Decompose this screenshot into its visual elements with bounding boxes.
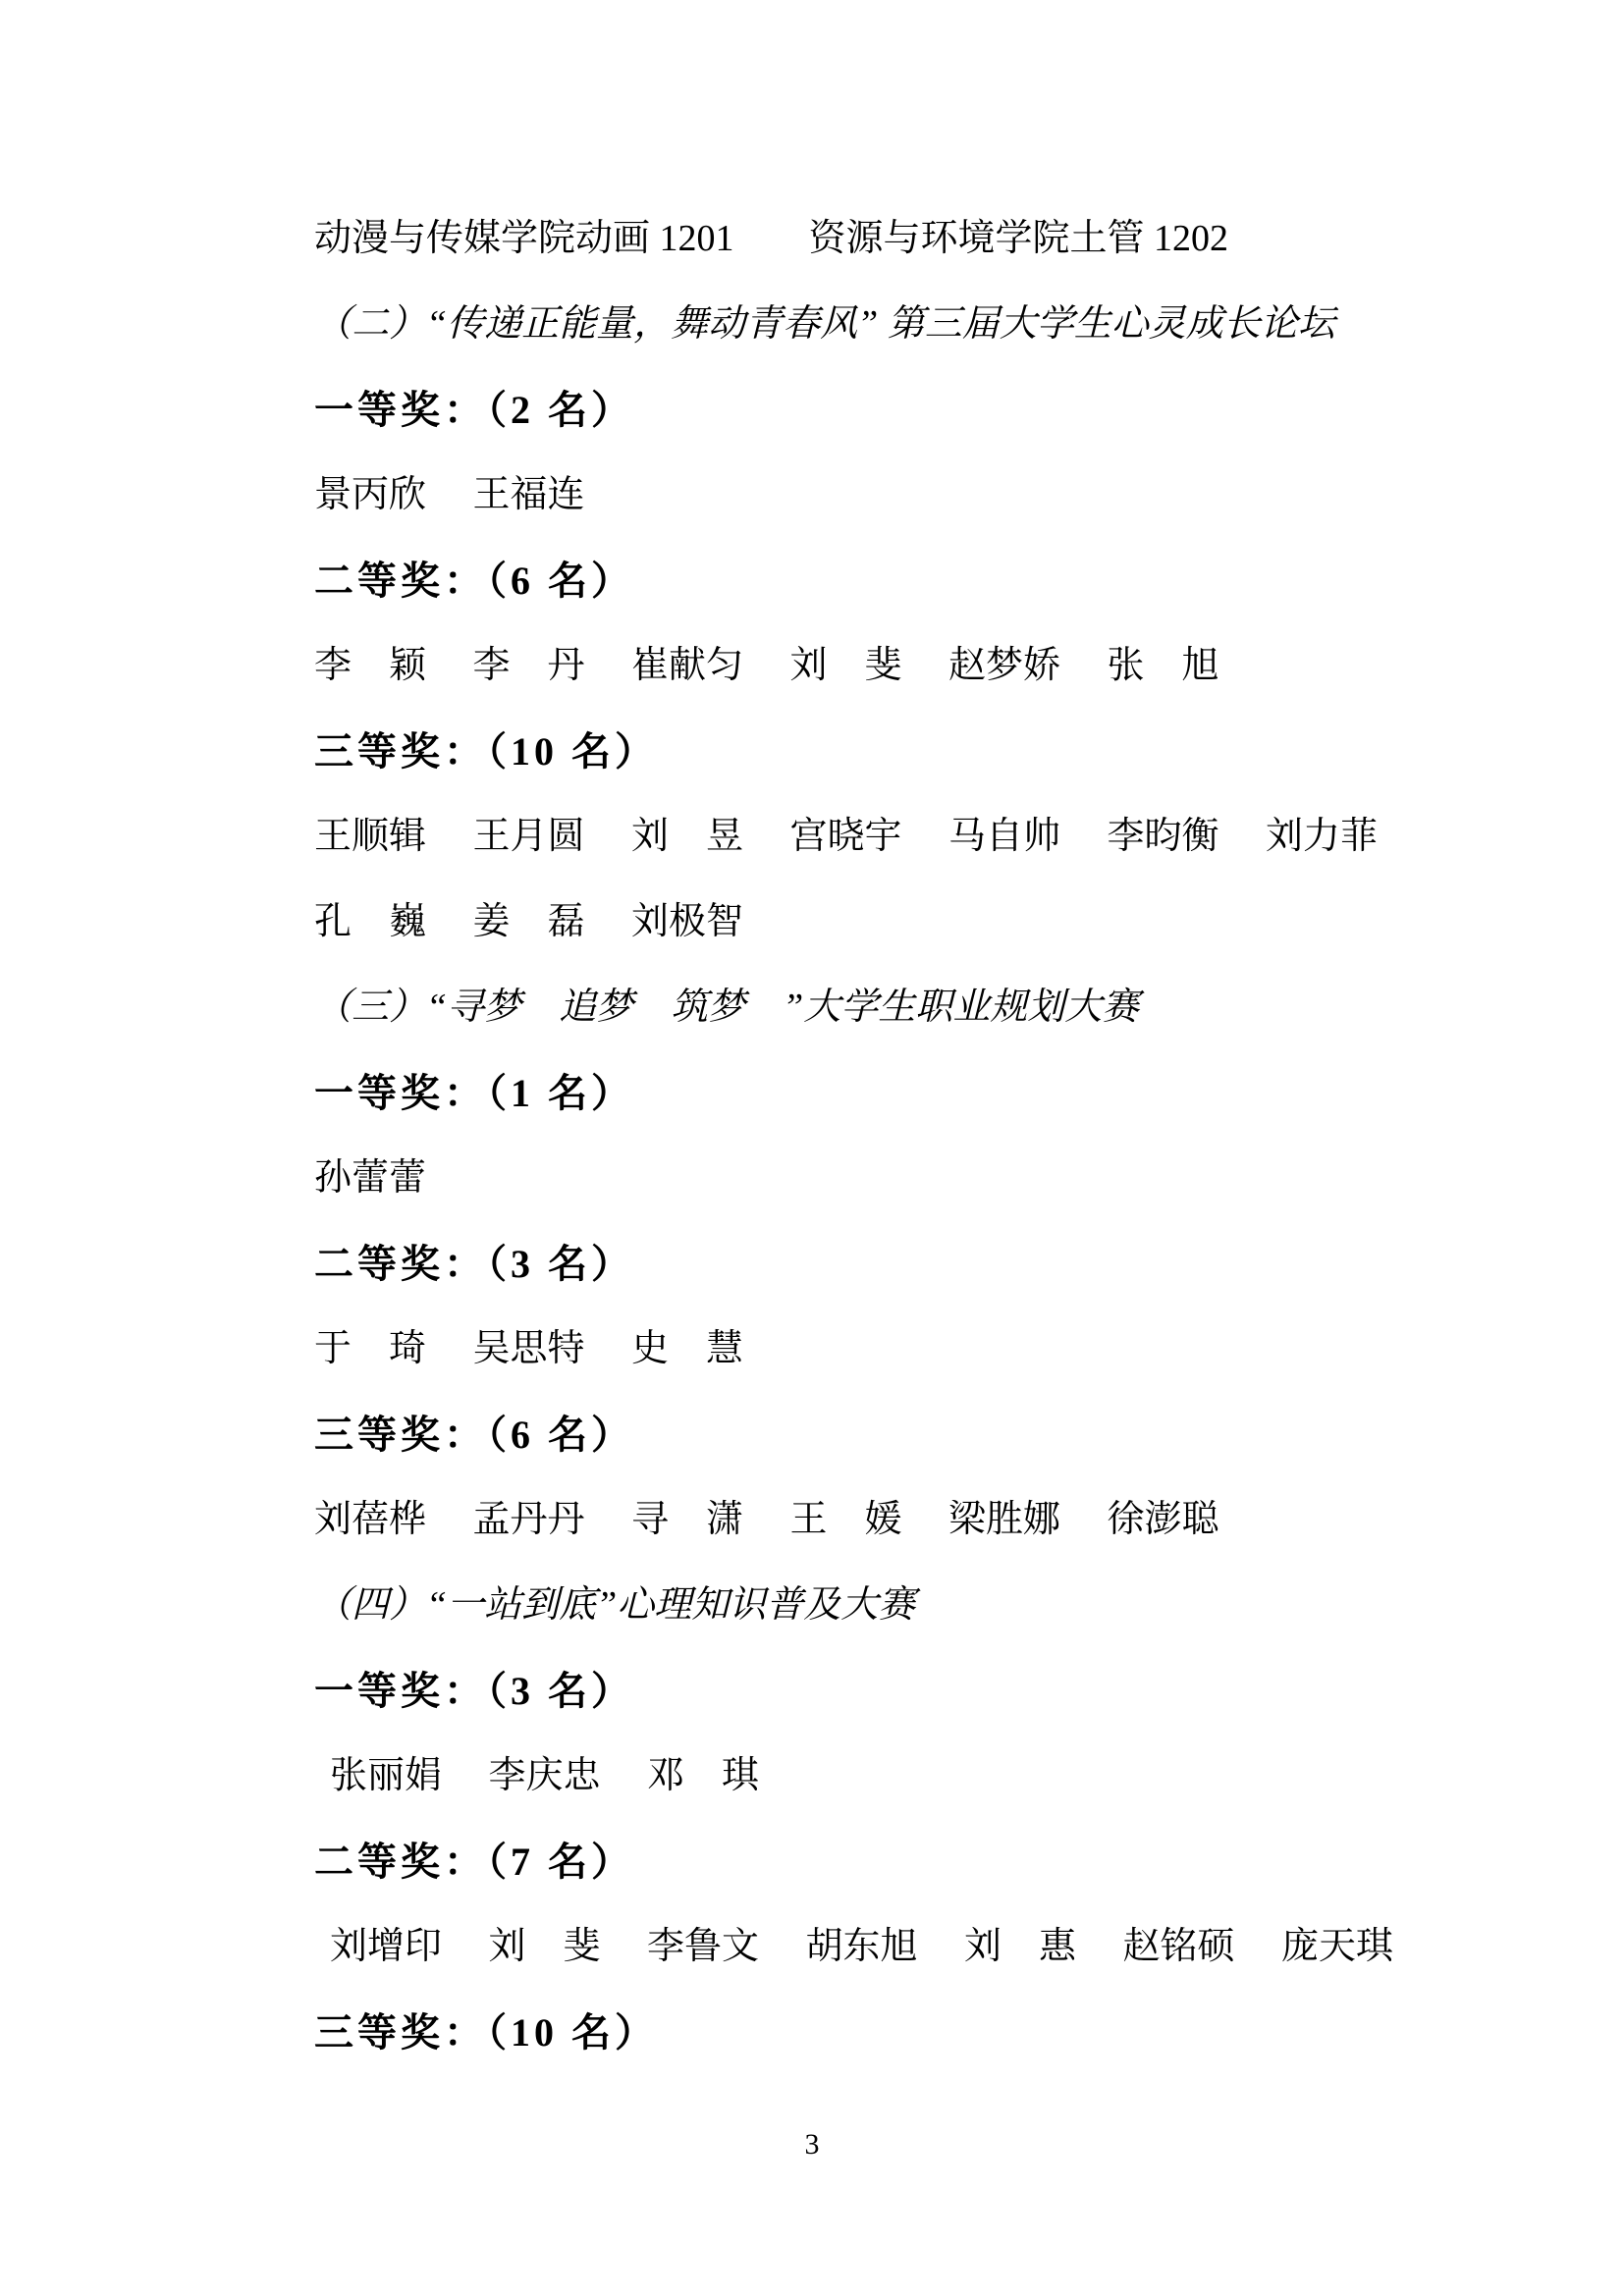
comp4-first-prize-heading: 一等奖：（3 名） [0,1648,1624,1734]
comp2-second-prize-winners: 李 颖 李 丹 崔献匀 刘 斐 赵梦娇 张 旭 [0,623,1624,709]
competition-3-title: （三）“寻梦 追梦 筑梦 ”大学生职业规划大赛 [0,965,1624,1050]
competition-4-title: （四）“一站到底”心理知识普及大赛 [0,1563,1624,1648]
comp2-third-prize-heading: 三等奖：（10 名） [0,709,1624,794]
college-class-line: 动漫与传媒学院动画 1201 资源与环境学院土管 1202 [0,196,1624,282]
comp4-second-prize-heading: 二等奖：（7 名） [0,1819,1624,1904]
comp4-second-prize-winners: 刘增印 刘 斐 李鲁文 胡东旭 刘 惠 赵铭硕 庞天琪 [0,1904,1624,1990]
comp3-second-prize-heading: 二等奖：（3 名） [0,1221,1624,1307]
competition-2-title: （二）“传递正能量，舞动青春风” 第三届大学生心灵成长论坛 [0,282,1624,367]
document-page: 动漫与传媒学院动画 1201 资源与环境学院土管 1202 （二）“传递正能量，… [0,0,1624,2296]
page-number: 3 [0,2120,1624,2169]
comp2-third-prize-winners-row1: 王顺辑 王月圆 刘 昱 宫晓宇 马自帅 李昀衡 刘力菲 [0,794,1624,880]
comp3-third-prize-heading: 三等奖：（6 名） [0,1392,1624,1477]
comp4-third-prize-heading: 三等奖：（10 名） [0,1990,1624,2075]
comp3-third-prize-winners: 刘蓓桦 孟丹丹 寻 潇 王 媛 梁胜娜 徐澎聪 [0,1477,1624,1563]
comp2-first-prize-winners: 景丙欣 王福连 [0,453,1624,538]
comp4-first-prize-winners: 张丽娟 李庆忠 邓 琪 [0,1734,1624,1819]
comp3-second-prize-winners: 于 琦 吴思特 史 慧 [0,1307,1624,1392]
comp2-first-prize-heading: 一等奖：（2 名） [0,367,1624,453]
comp2-second-prize-heading: 二等奖：（6 名） [0,538,1624,623]
comp3-first-prize-winners: 孙蕾蕾 [0,1136,1624,1221]
comp2-third-prize-winners-row2: 孔 巍 姜 磊 刘极智 [0,880,1624,965]
comp3-first-prize-heading: 一等奖：（1 名） [0,1050,1624,1136]
